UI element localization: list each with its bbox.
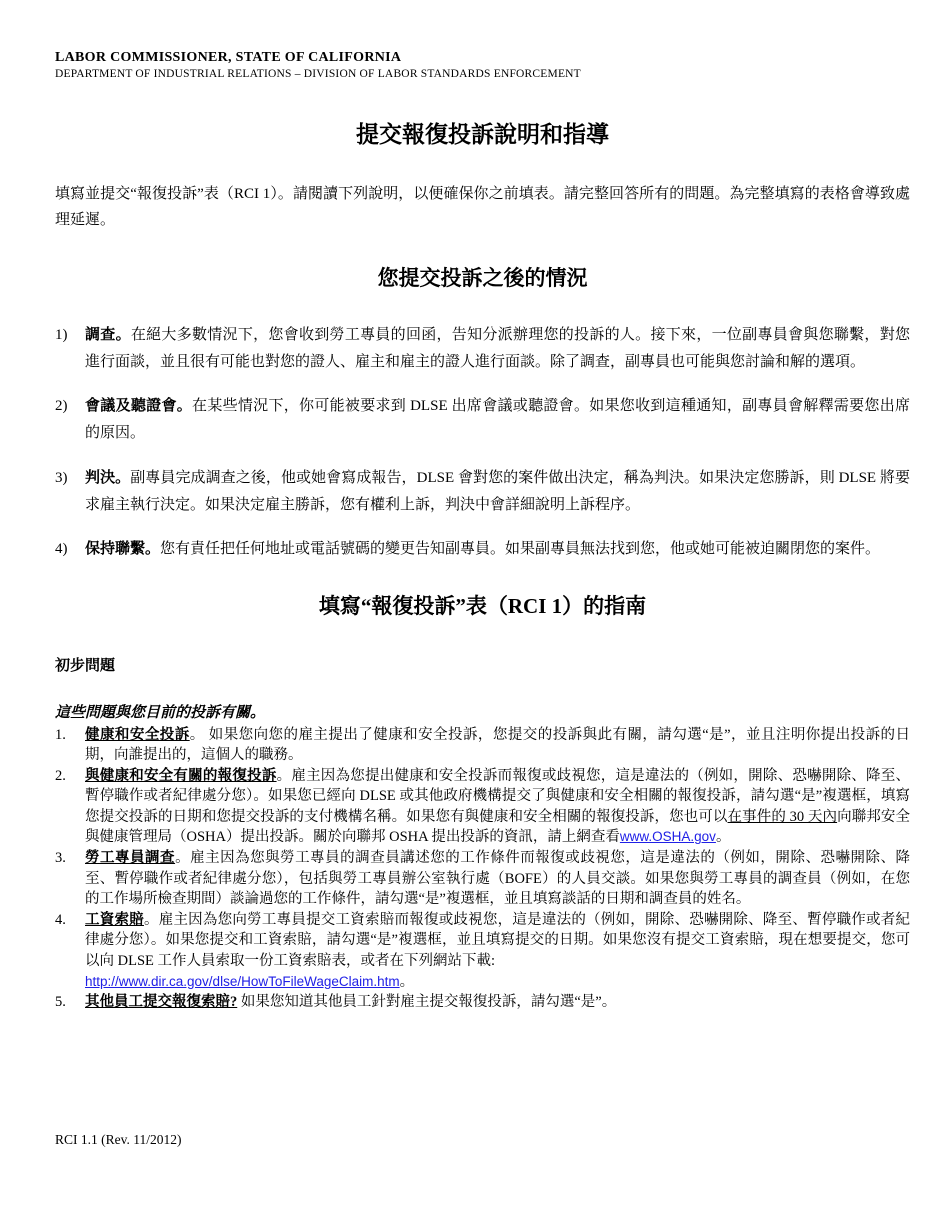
item-number: 5.: [55, 992, 85, 1013]
list-item: 2. 與健康和安全有關的報復投訴。雇主因為您提出健康和安全投訴而報復或歧視您，這…: [55, 766, 910, 848]
item-text: 調查。在絕大多數情況下，您會收到勞工專員的回函，告知分派辦理您的投訴的人。接下來…: [85, 322, 910, 377]
form-revision-number: RCI 1.1 (Rev. 11/2012): [55, 1132, 182, 1148]
item-text: 健康和安全投訴。 如果您向您的雇主提出了健康和安全投訴，您提交的投訴與此有關，請…: [85, 725, 910, 766]
item-lead-separator: 。: [190, 727, 209, 743]
item-body: 。: [400, 974, 415, 990]
subheading-preliminary-questions: 初步問題: [55, 654, 910, 675]
item-number: 3.: [55, 848, 85, 910]
item-body: 。: [716, 829, 731, 845]
list-item: 4) 保持聯繫。您有責任把任何地址或電話號碼的變更告知副專員。如果副專員無法找到…: [55, 536, 910, 563]
item-lead: 與健康和安全有關的報復投訴: [85, 768, 277, 784]
item-lead-separator: 。: [144, 912, 159, 928]
wage-claim-form-link[interactable]: http://www.dir.ca.gov/dlse/HowToFileWage…: [85, 974, 400, 989]
item-body: 在絕大多數情況下，您會收到勞工專員的回函，告知分派辦理您的投訴的人。接下來，一位…: [85, 327, 910, 370]
item-lead: 會議及聽證會。: [85, 398, 192, 414]
item-number: 3): [55, 465, 85, 520]
item-lead: 保持聯繫。: [85, 541, 160, 557]
item-lead: 其他員工提交報復索賠?: [85, 994, 237, 1010]
section-heading-after-filing: 您提交投訴之後的情況: [55, 262, 910, 292]
item-body: 您有責任把任何地址或電話號碼的變更告知副專員。如果副專員無法找到您，他或她可能被…: [160, 541, 880, 557]
section-heading-guide: 填寫“報復投訴”表（RCI 1）的指南: [55, 590, 910, 620]
item-text: 會議及聽證會。在某些情況下，你可能被要求到 DLSE 出席會議或聽證會。如果您收…: [85, 393, 910, 448]
document-page: LABOR COMMISSIONER, STATE OF CALIFORNIA …: [0, 0, 950, 1230]
list-item: 3. 勞工專員調查。雇主因為您與勞工專員的調查員講述您的工作條件而報復或歧視您，…: [55, 848, 910, 910]
item-text: 保持聯繫。您有責任把任何地址或電話號碼的變更告知副專員。如果副專員無法找到您，他…: [85, 536, 910, 563]
item-lead: 勞工專員調查: [85, 850, 175, 866]
item-lead: 健康和安全投訴: [85, 727, 190, 743]
item-text: 勞工專員調查。雇主因為您與勞工專員的調查員講述您的工作條件而報復或歧視您，這是違…: [85, 848, 910, 910]
item-number: 1): [55, 322, 85, 377]
item-text: 工資索賠。雇主因為您向勞工專員提交工資索賠而報復或歧視您，這是違法的（例如，開除…: [85, 910, 910, 992]
list-item: 3) 判決。副專員完成調查之後，他或她會寫成報告，DLSE 會對您的案件做出決定…: [55, 465, 910, 520]
osha-website-link[interactable]: www.OSHA.gov: [620, 829, 716, 844]
document-title: 提交報復投訴說明和指導: [55, 116, 910, 149]
list-item: 2) 會議及聽證會。在某些情況下，你可能被要求到 DLSE 出席會議或聽證會。如…: [55, 393, 910, 448]
item-body: 副專員完成調查之後，他或她會寫成報告，DLSE 會對您的案件做出決定，稱為判決。…: [85, 470, 910, 513]
item-lead: 工資索賠: [85, 912, 144, 928]
letterhead-department: DEPARTMENT OF INDUSTRIAL RELATIONS – DIV…: [55, 68, 910, 80]
item-text: 與健康和安全有關的報復投訴。雇主因為您提出健康和安全投訴而報復或歧視您，這是違法…: [85, 766, 910, 848]
item-number: 4): [55, 536, 85, 563]
underlined-deadline-text: 在事件的 30 天內: [728, 809, 838, 825]
list-item: 5. 其他員工提交報復索賠? 如果您知道其他員工針對雇主提交報復投訴，請勾選“是…: [55, 992, 910, 1013]
list-item: 1) 調查。在絕大多數情況下，您會收到勞工專員的回函，告知分派辦理您的投訴的人。…: [55, 322, 910, 377]
item-body: 如果您向您的雇主提出了健康和安全投訴，您提交的投訴與此有關，請勾選“是”，並且注…: [85, 727, 910, 764]
item-number: 4.: [55, 910, 85, 992]
list-item: 4. 工資索賠。雇主因為您向勞工專員提交工資索賠而報復或歧視您，這是違法的（例如…: [55, 910, 910, 992]
item-number: 2.: [55, 766, 85, 848]
item-text: 其他員工提交報復索賠? 如果您知道其他員工針對雇主提交報復投訴，請勾選“是”。: [85, 992, 910, 1013]
item-number: 2): [55, 393, 85, 448]
item-text: 判決。副專員完成調查之後，他或她會寫成報告，DLSE 會對您的案件做出決定，稱為…: [85, 465, 910, 520]
after-filing-list: 1) 調查。在絕大多數情況下，您會收到勞工專員的回函，告知分派辦理您的投訴的人。…: [55, 322, 910, 564]
intro-paragraph: 填寫並提交“報復投訴”表（RCI 1）。請閱讀下列說明，以便確保你之前填表。請完…: [55, 181, 910, 234]
item-body: 在某些情況下，你可能被要求到 DLSE 出席會議或聽證會。如果您收到這種通知，副…: [85, 398, 910, 441]
item-number: 1.: [55, 725, 85, 766]
item-lead-separator: 。: [175, 850, 190, 866]
document-content: LABOR COMMISSIONER, STATE OF CALIFORNIA …: [0, 0, 950, 1013]
letterhead-org: LABOR COMMISSIONER, STATE OF CALIFORNIA: [55, 50, 910, 66]
item-body: 雇主因為您與勞工專員的調查員講述您的工作條件而報復或歧視您，這是違法的（例如，開…: [85, 850, 910, 907]
list-item: 1. 健康和安全投訴。 如果您向您的雇主提出了健康和安全投訴，您提交的投訴與此有…: [55, 725, 910, 766]
item-lead-separator: 。: [277, 768, 292, 784]
item-body: 雇主因為您向勞工專員提交工資索賠而報復或歧視您，這是違法的（例如，開除、恐嚇開除…: [85, 912, 910, 969]
item-lead: 判決。: [85, 470, 130, 486]
note-line: 這些問題與您目前的投訴有關。: [55, 701, 910, 722]
guide-list: 1. 健康和安全投訴。 如果您向您的雇主提出了健康和安全投訴，您提交的投訴與此有…: [55, 725, 910, 1013]
item-body: 如果您知道其他員工針對雇主提交報復投訴，請勾選“是”。: [241, 994, 616, 1010]
item-lead: 調查。: [85, 327, 131, 343]
